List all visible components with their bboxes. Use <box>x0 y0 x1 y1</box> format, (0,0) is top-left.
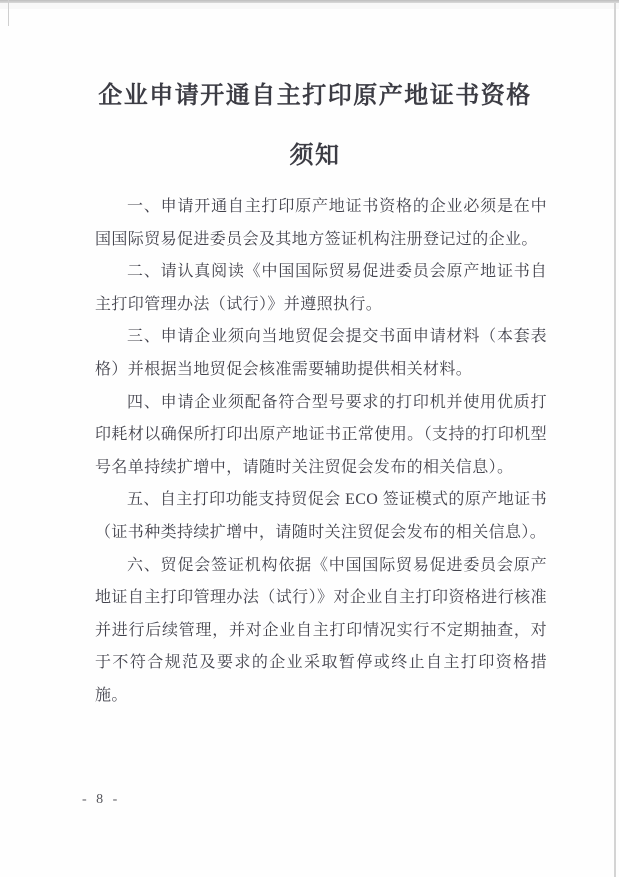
paragraph-1: 一、申请开通自主打印原产地证书资格的企业必须是在中国国际贸易促进委员会及其地方签… <box>95 191 547 256</box>
document-title-line1: 企业申请开通自主打印原产地证书资格 <box>70 84 560 108</box>
paragraph-5: 五、自主打印功能支持贸促会 ECO 签证模式的原产地证书（证书种类持续扩增中，请… <box>95 484 547 549</box>
paragraph-2: 二、请认真阅读《中国国际贸易促进委员会原产地证书自主打印管理办法（试行）》并遵照… <box>95 256 547 321</box>
scan-band-top <box>0 3 619 9</box>
paragraph-6: 六、贸促会签证机构依据《中国国际贸易促进委员会原产地证自主打印管理办法（试行）》… <box>95 550 547 713</box>
scan-edge-left-nick <box>8 0 9 26</box>
document-title: 企业申请开通自主打印原产地证书资格 须知 <box>70 84 560 168</box>
scan-edge-right <box>614 3 616 877</box>
document-body: 一、申请开通自主打印原产地证书资格的企业必须是在中国国际贸易促进委员会及其地方签… <box>95 191 547 713</box>
document-title-line2: 须知 <box>70 144 560 168</box>
scanned-document-page: 企业申请开通自主打印原产地证书资格 须知 一、申请开通自主打印原产地证书资格的企… <box>0 0 619 877</box>
paragraph-3: 三、申请企业须向当地贸促会提交书面申请材料（本套表格）并根据当地贸促会核准需要辅… <box>95 321 547 386</box>
paragraph-4: 四、申请企业须配备符合型号要求的打印机并使用优质打印耗材以确保所打印出原产地证书… <box>95 387 547 485</box>
page-number: - 8 - <box>82 792 120 808</box>
